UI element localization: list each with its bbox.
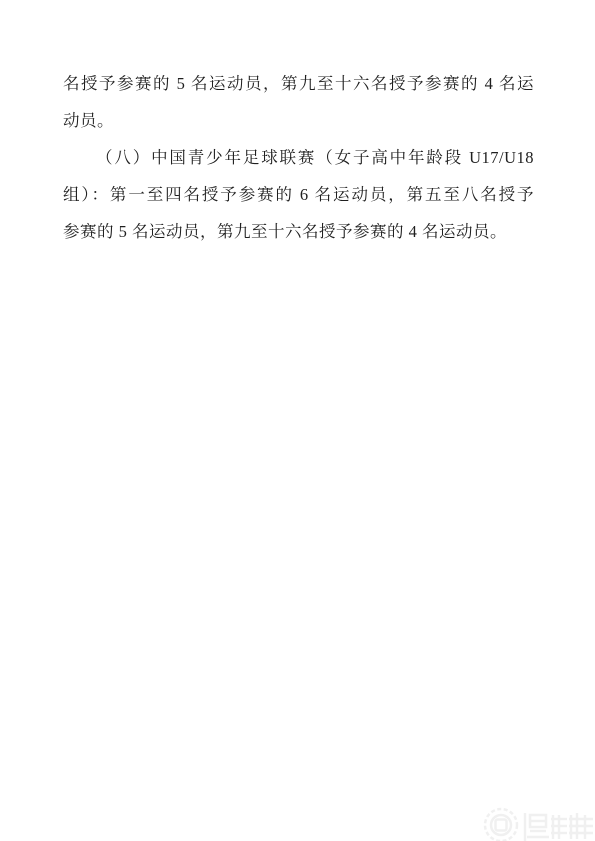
text-line-3: （八）中国青少年足球联赛（女子高中年龄段 U17/U18 (63, 139, 534, 176)
watermark-logo-icon (481, 801, 595, 841)
text-line-5: 参赛的 5 名运动员，第九至十六名授予参赛的 4 名运动员。 (63, 213, 534, 250)
body-text: 名授予参赛的 5 名运动员，第九至十六名授予参赛的 4 名运 动员。 （八）中国… (63, 65, 534, 250)
text-line-2: 动员。 (63, 102, 534, 139)
document-page: 名授予参赛的 5 名运动员，第九至十六名授予参赛的 4 名运 动员。 （八）中国… (0, 0, 595, 841)
text-line-1: 名授予参赛的 5 名运动员，第九至十六名授予参赛的 4 名运 (63, 65, 534, 102)
text-line-4: 组）：第一至四名授予参赛的 6 名运动员，第五至八名授予 (63, 176, 534, 213)
watermark (481, 801, 595, 841)
